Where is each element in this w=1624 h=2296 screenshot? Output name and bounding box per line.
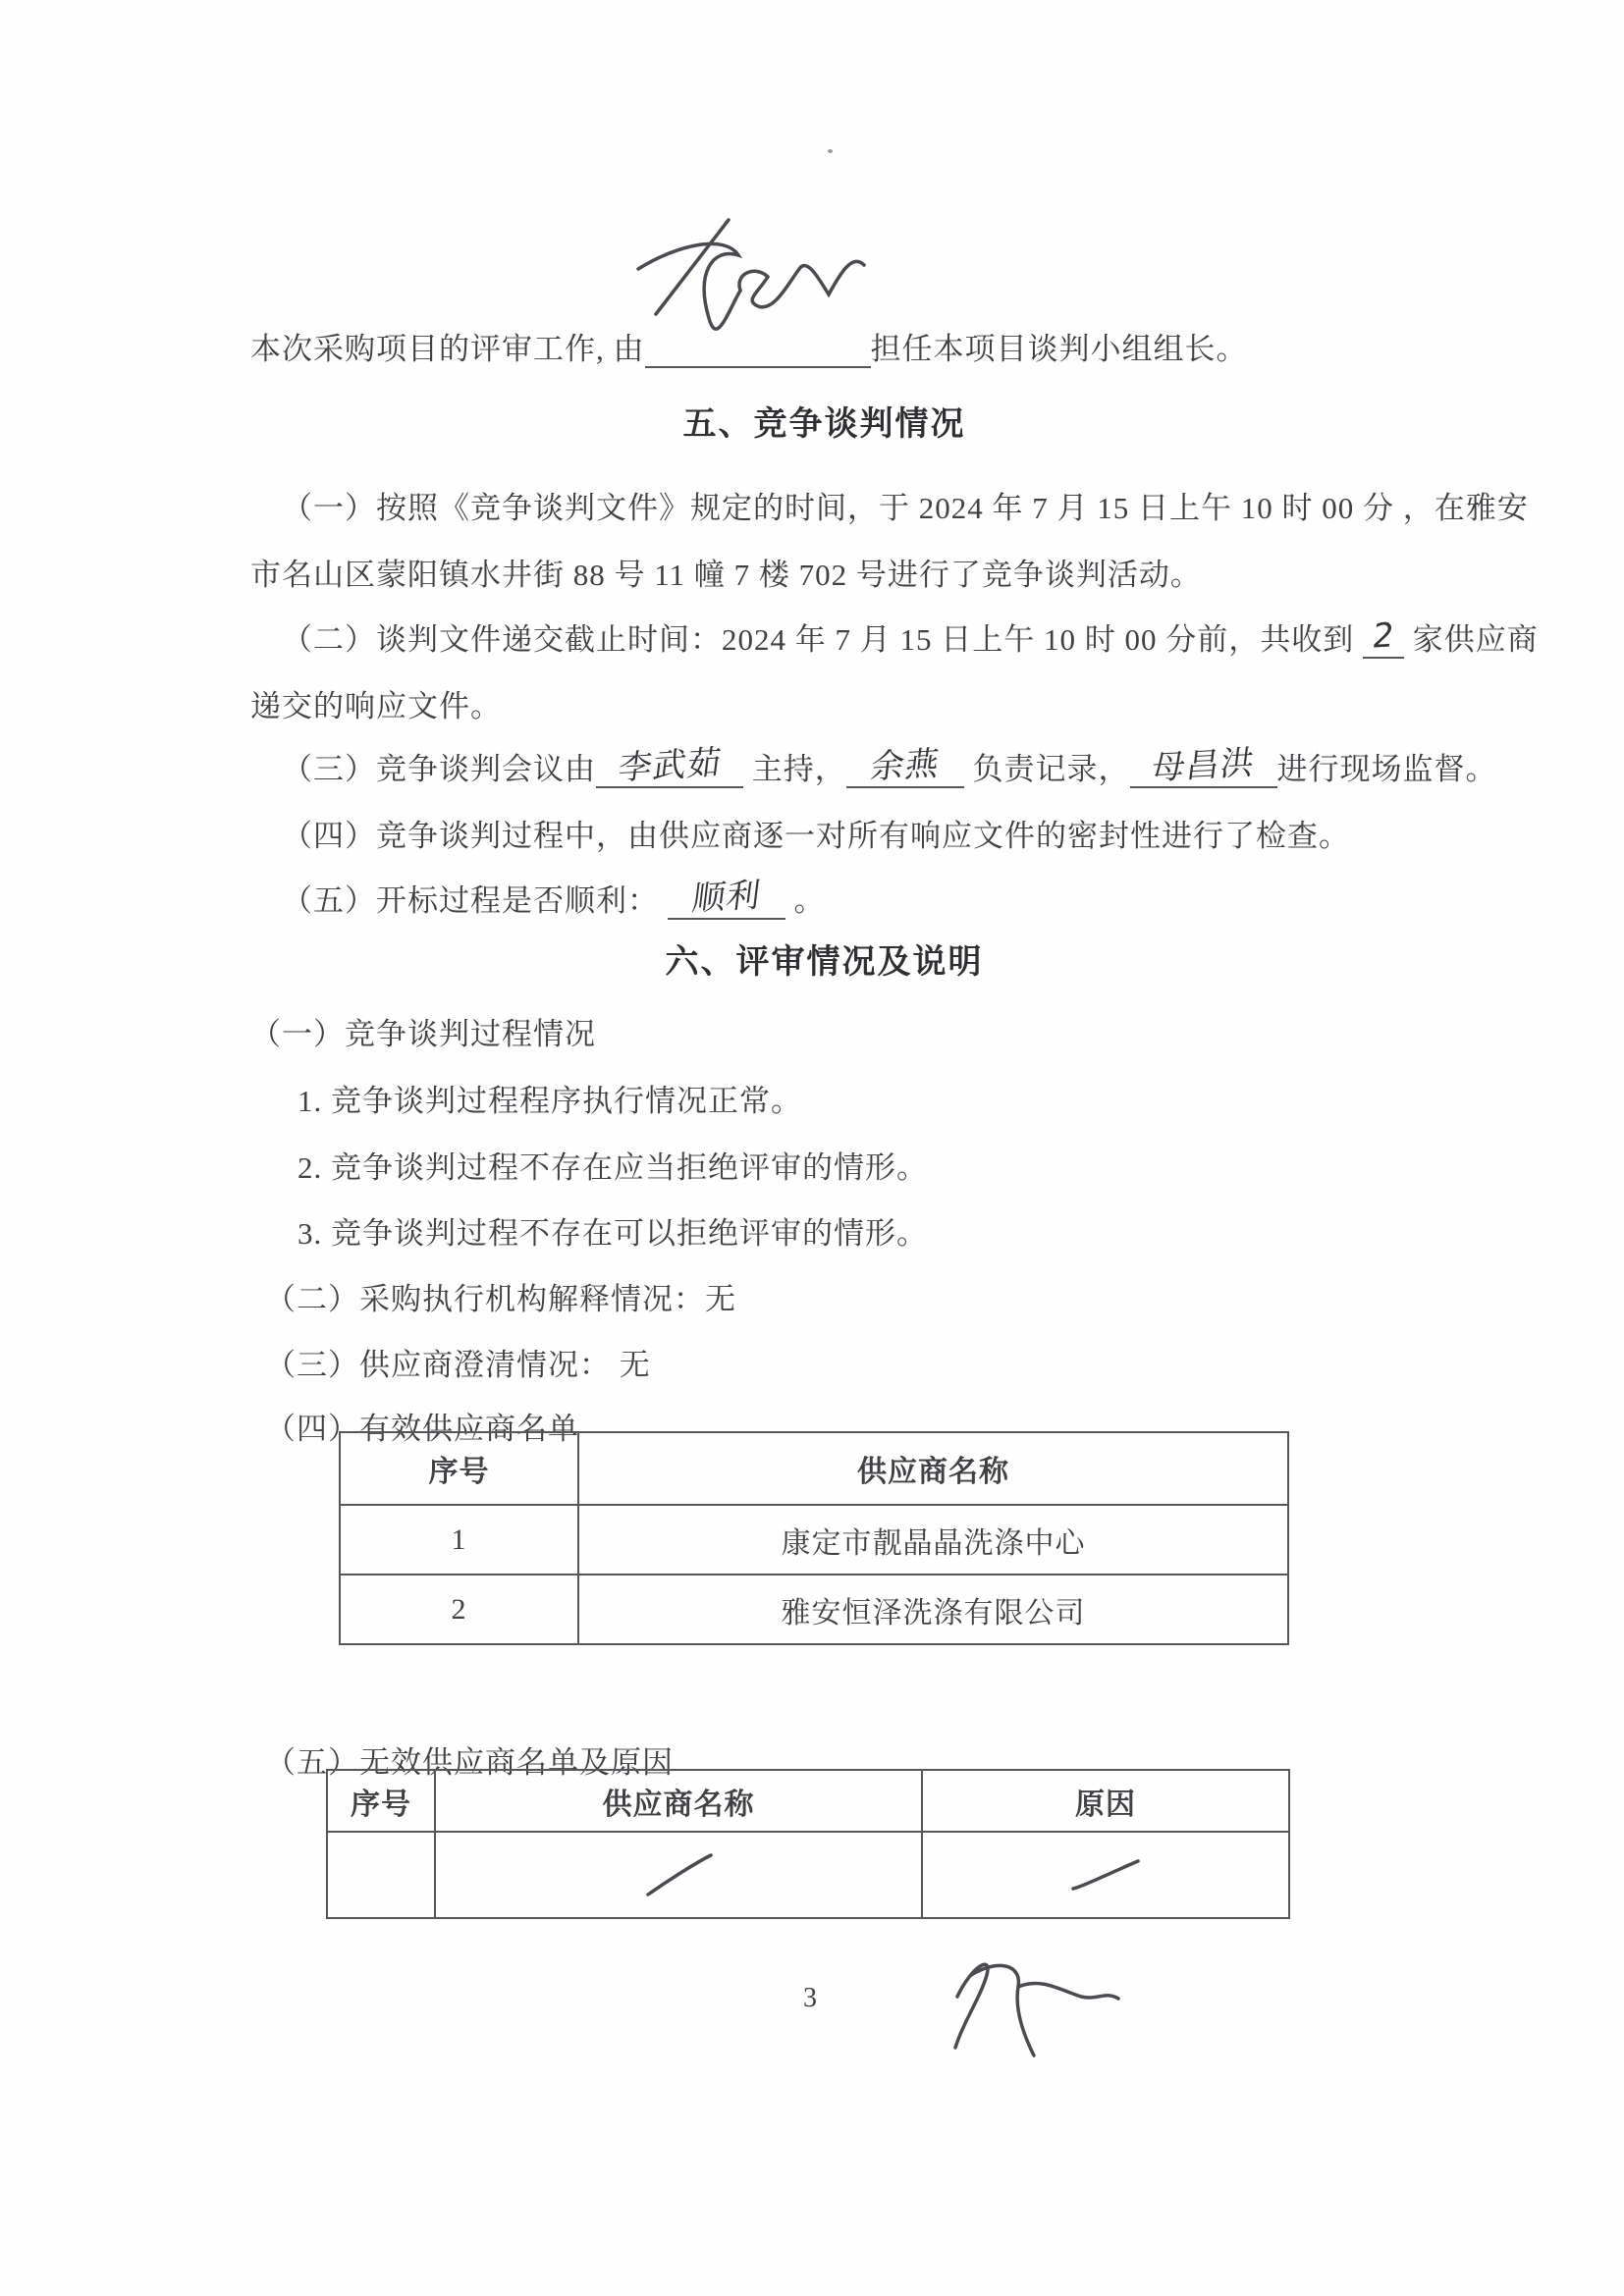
invalid-col-header-reason: 原因	[922, 1770, 1289, 1832]
section5-item3-line: （三）竞争谈判会议由李武茹 主持，余燕 负责记录，母昌洪进行现场监督。	[282, 744, 1497, 788]
supervisor-signature-blank: 母昌洪	[1130, 749, 1277, 788]
handwritten-supplier-count: 2	[1371, 618, 1397, 653]
section6-sub3-line: （三）供应商澄清情况： 无	[265, 1340, 651, 1384]
section6-sub2-line: （二）采购执行机构解释情况：无	[265, 1274, 736, 1318]
section5-item2-line1: （二）谈判文件递交截止时间：2024 年 7 月 15 日上午 10 时 00 …	[282, 614, 1539, 659]
section6-sub1-title: （一）竞争谈判过程情况	[250, 1009, 596, 1053]
invalid-col-header-index: 序号	[327, 1770, 435, 1832]
invalid-row1-reason	[922, 1832, 1289, 1918]
intro-prefix: 本次采购项目的评审工作, 由	[250, 332, 645, 366]
handwritten-supervisor-name: 母昌洪	[1150, 746, 1257, 785]
table-row: 1 康定市靓晶晶洗涤中心	[340, 1505, 1288, 1575]
section6-sub1-item1: 1. 竞争谈判过程程序执行情况正常。	[298, 1076, 802, 1120]
document-page: 本次采购项目的评审工作, 由担任本项目谈判小组组长。 五、竞争谈判情况 （一）按…	[0, 0, 1624, 2296]
valid-row1-index: 1	[340, 1505, 578, 1575]
section6-sub1-item2: 2. 竞争谈判过程不存在应当拒绝评审的情形。	[298, 1143, 928, 1187]
handwritten-recorder-name: 余燕	[869, 747, 942, 784]
item5-period: 。	[794, 883, 826, 918]
handwritten-smooth-answer: 顺利	[690, 879, 763, 916]
handwritten-host-name: 李武茹	[616, 746, 723, 785]
section5-title: 五、竞争谈判情况	[250, 397, 1398, 445]
item5-prefix: （五）开标过程是否顺利：	[282, 883, 659, 918]
valid-suppliers-table: 序号 供应商名称 1 康定市靓晶晶洗涤中心 2 雅安恒泽洗涤有限公司	[339, 1431, 1289, 1645]
table-row: 2 雅安恒泽洗涤有限公司	[340, 1575, 1288, 1644]
slash-mark-icon	[1065, 1855, 1146, 1895]
section5-item5-line: （五）开标过程是否顺利： 顺利 。	[282, 876, 826, 920]
item3-suffix: 进行现场监督。	[1277, 752, 1497, 786]
valid-row1-supplier: 康定市靓晶晶洗涤中心	[578, 1505, 1288, 1575]
invalid-row1-index	[327, 1832, 435, 1918]
section5-item1-line2: 市名山区蒙阳镇水井街 88 号 11 幢 7 楼 702 号进行了竞争谈判活动。	[250, 550, 1202, 594]
item2-suffix: 家供应商	[1413, 622, 1539, 657]
supplier-count-blank: 2	[1363, 619, 1404, 659]
leader-signature-scribble-icon	[619, 208, 893, 355]
valid-col-header-supplier: 供应商名称	[578, 1432, 1288, 1505]
section5-item4-line: （四）竞争谈判过程中，由供应商逐一对所有响应文件的密封性进行了检查。	[282, 811, 1350, 855]
section6-title: 六、评审情况及说明	[250, 934, 1398, 983]
host-signature-blank: 李武茹	[596, 749, 743, 788]
section5-item1-line1: （一）按照《竞争谈判文件》规定的时间，于 2024 年 7 月 15 日上午 1…	[282, 483, 1529, 527]
scan-speck	[828, 149, 833, 153]
section6-sub1-item3: 3. 竞争谈判过程不存在可以拒绝评审的情形。	[298, 1208, 928, 1253]
intro-suffix: 担任本项目谈判小组组长。	[871, 332, 1248, 366]
footer-signature-scribble-icon	[928, 1946, 1134, 2068]
item3-mid1: 主持，	[752, 752, 846, 786]
valid-row2-supplier: 雅安恒泽洗涤有限公司	[578, 1575, 1288, 1644]
item3-mid2: 负责记录，	[973, 752, 1130, 786]
valid-col-header-index: 序号	[340, 1432, 578, 1505]
smooth-answer-blank: 顺利	[668, 881, 785, 920]
valid-suppliers-header-row: 序号 供应商名称	[340, 1432, 1288, 1505]
invalid-row1-supplier	[435, 1832, 922, 1918]
slash-mark-icon	[638, 1851, 719, 1898]
page-number: 3	[803, 1983, 818, 2014]
invalid-col-header-supplier: 供应商名称	[435, 1770, 922, 1832]
invalid-suppliers-table: 序号 供应商名称 原因	[326, 1769, 1290, 1919]
item3-prefix: （三）竞争谈判会议由	[282, 752, 596, 786]
section5-item2-line2: 递交的响应文件。	[250, 681, 502, 725]
item2-prefix: （二）谈判文件递交截止时间：2024 年 7 月 15 日上午 10 时 00 …	[282, 622, 1354, 657]
recorder-signature-blank: 余燕	[846, 749, 964, 788]
invalid-suppliers-header-row: 序号 供应商名称 原因	[327, 1770, 1289, 1832]
valid-row2-index: 2	[340, 1575, 578, 1644]
table-row	[327, 1832, 1289, 1918]
